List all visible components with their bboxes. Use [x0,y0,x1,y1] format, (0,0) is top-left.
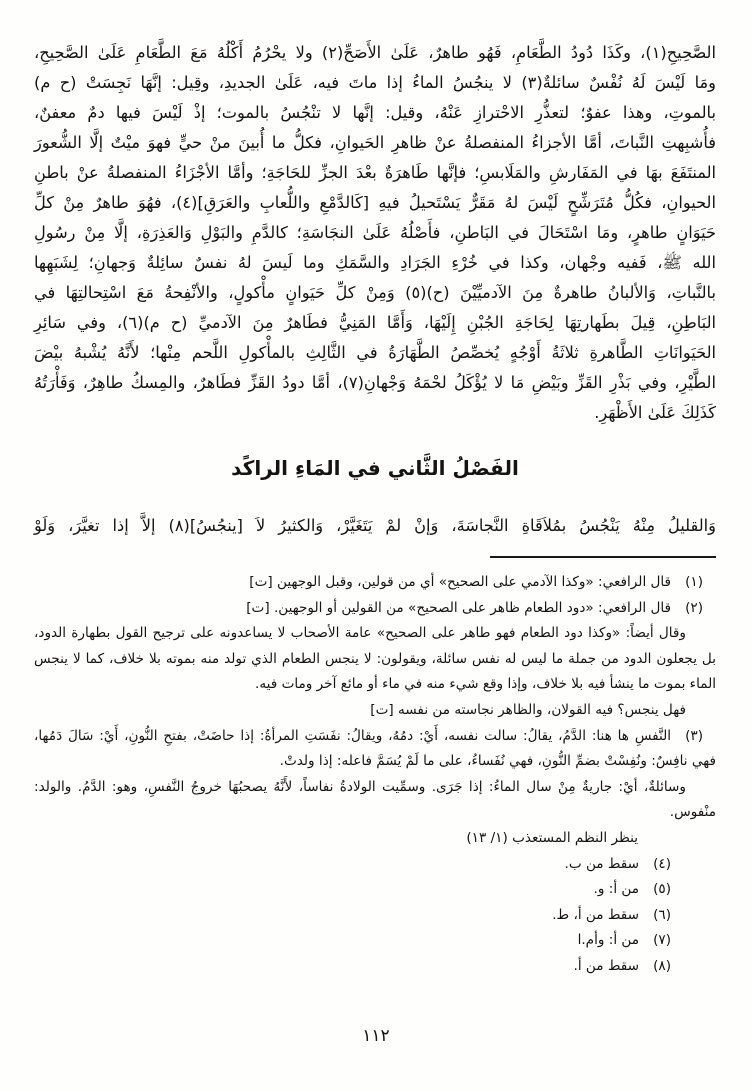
footnote-2-paragraph: فهل ينجس؟ فيه القولان، والظاهر نجاسته من… [34,698,716,724]
main-text-line: وَالقليلُ مِنْهُ يَنْجُسُ بمُلاَقَاةِ ال… [34,511,716,541]
footnote-text: من أ: وأم.ا [578,932,639,948]
main-text-line: الصَّحِيحِ(١)، وكَذَا دُودُ الطَّعَامِ، … [34,38,716,68]
main-text-line: المنتَفَعَ بهَا في المَفَارشِ والمَلَابس… [34,158,716,188]
footnote-marker: (٢) [671,600,703,616]
footnotes: (١)قال الرافعي: «وكذا الآدمي على الصحيح»… [34,570,716,980]
footnote-text: من أ: و. [594,881,640,897]
main-text-line: بالموتِ، وهذا عفوٌ؛ لتعذُّرِ الاحْترازِ … [34,98,716,128]
footnote-marker: (٥) [639,881,671,897]
footnote-marker: (٤) [639,856,671,872]
main-text-line: البَاطِنِ، قِيلَ بطَهارتِهَا لِحَاجَةِ ا… [34,308,716,338]
main-text-line: حَيَوَانٍ طاهرٍ، ومَا اسْتَحَالَ في البَ… [34,218,716,248]
footnote-3: (٣)النَّفسِ ها هنا: الدَّمُ، يقالُ: سالت… [34,724,716,775]
footnote-2-paragraph: وقال أيضاً: «وكذا دود الطعام فهو طاهر عل… [34,621,716,698]
footnote-6: (٦)سقط من أ، ط. [34,903,716,929]
main-text-line: الحَيَوانَاتِ الطَّاهرةِ ثلاثَةُ أَوْجُه… [34,338,716,368]
footnote-8: (٨)سقط من أ. [34,954,716,980]
footnote-separator [490,556,716,558]
footnote-marker: (٨) [639,958,671,974]
book-page: الصَّحِيحِ(١)، وكَذَا دُودُ الطَّعَامِ، … [0,0,752,1091]
footnote-marker: (٣) [671,728,703,744]
footnote-7: (٧)من أ: وأم.ا [34,928,716,954]
page-number: ١١٢ [0,1026,752,1046]
main-text-line: كَذَلِكَ عَلَىٰ الأَظْهَرِ. [34,398,716,428]
footnote-text: سقط من أ، ط. [552,907,639,923]
chapter-heading: الفَصْلُ الثَّاني في المَاءِ الراكًد [34,454,716,482]
footnote-text: قال الرافعي: «دود الطعام ظاهر على الصحيح… [246,600,671,616]
footnote-3-paragraph: وسائلةٌ، أيْ: جاريةٌ مِنْ سال الماءُ: إذ… [34,775,716,826]
footnote-text: قال الرافعي: «وكذا الآدمي على الصحيح» أي… [249,574,671,590]
footnote-2: (٢)قال الرافعي: «دود الطعام ظاهر على الص… [34,596,716,622]
footnote-text: سقط من ب. [565,856,640,872]
footnote-text: سقط من أ. [574,958,640,974]
footnote-marker: (٦) [639,907,671,923]
main-text-line: الحيوانِ، فكُلُّ مُتَرَشِّحٍ لَيْسَ لهُ … [34,188,716,218]
main-text-line: فأُشبِهتِ النَّباتَ، أمَّا الأجزاءُ المن… [34,128,716,158]
footnote-text: النَّفسِ ها هنا: الدَّمُ، يقالُ: سالت نف… [34,728,716,770]
main-text-line: ومَا لَيْسَ لَهُ نُفْسٌ سائلةٌ(٣) لا ينج… [34,68,716,98]
footnote-4: (٤)سقط من ب. [34,852,716,878]
footnote-3-citation: ينظر النظم المستعذب (١/ ١٣) [34,826,716,852]
footnote-marker: (٧) [639,932,671,948]
main-text-line: الله ﷺ، فَفيه وجْهان، وكذا في خُرْءِ الج… [34,248,716,278]
main-text-line: بالنَّباتِ، وَالألبانُ طاهرةٌ مِنَ الآدم… [34,278,716,308]
footnote-5: (٥)من أ: و. [34,877,716,903]
main-text: الصَّحِيحِ(١)، وكَذَا دُودُ الطَّعَامِ، … [34,38,716,428]
footnote-marker: (١) [671,574,703,590]
main-text-line: الطَّيْرِ، وفي بَذْرِ القَزِّ وبَيْضِ مَ… [34,368,716,398]
footnote-1: (١)قال الرافعي: «وكذا الآدمي على الصحيح»… [34,570,716,596]
